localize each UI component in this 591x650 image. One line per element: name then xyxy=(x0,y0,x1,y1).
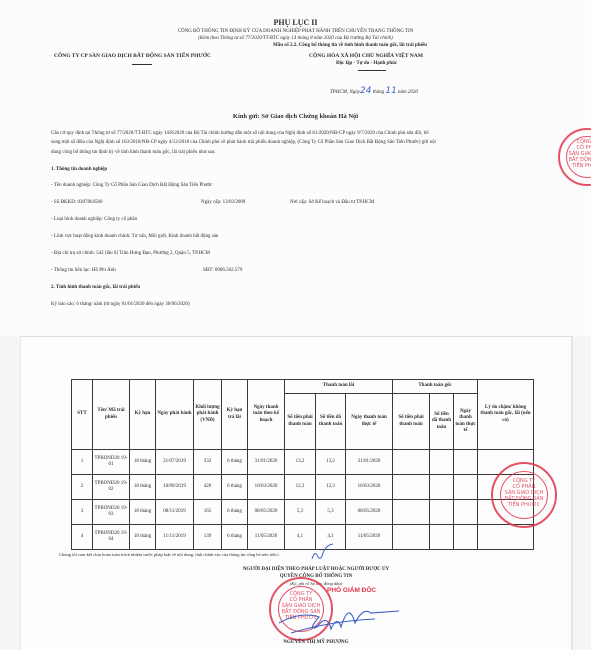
cell-principal-paid xyxy=(430,450,454,475)
table-row: 3TPBOND20 19-0318 tháng08/11/20191656 th… xyxy=(72,500,534,525)
company-type: - Loại hình doanh nghiệp: Công ty cổ phầ… xyxy=(51,217,137,222)
cell-issue-date: 11/11/2019 xyxy=(156,525,194,550)
header-reason: Lý do chậm/ không thanh toán gốc, lãi (n… xyxy=(478,380,534,450)
table-row: 1TPBOND20 19-0118 tháng21/07/20193326 th… xyxy=(72,450,534,475)
cell-planned-date: 08/05/2020 xyxy=(248,500,285,525)
cell-principal-paid xyxy=(430,500,454,525)
date-day: 24 xyxy=(360,86,371,96)
cell-term: 18 tháng xyxy=(130,500,156,525)
business-field: - Lĩnh vực hoạt động kinh doanh chính: T… xyxy=(51,234,218,239)
registration-issued-by: Nơi cấp: Sở Kế hoạch và Đầu tư TP.HCM xyxy=(290,200,374,205)
cell-principal-due xyxy=(393,500,430,525)
header-interest-group: Thanh toán lãi xyxy=(285,380,393,394)
cell-principal-actual-date xyxy=(454,500,478,525)
cell-principal-due xyxy=(393,525,430,550)
country-name: CỘNG HÒA XÃ HỘI CHỦ NGHĨA VIỆT NAM xyxy=(309,53,423,59)
document-page-2: STT Tên/ Mã trái phiếu Kỳ hạn Ngày phát … xyxy=(20,336,573,650)
cell-principal-actual-date xyxy=(454,475,478,500)
date-month: 11 xyxy=(385,86,396,96)
header-interest-paid: Số tiền đã thanh toán xyxy=(316,394,346,450)
signature xyxy=(271,593,401,637)
cell-volume: 165 xyxy=(194,500,222,525)
date-year: năm 2020 xyxy=(398,90,418,95)
company-stamp-partial: CÔNG TY CỔ PHẦN SÀN GIAO DỊCH BẤT ĐỘNG S… xyxy=(558,128,591,186)
document-page-1: PHỤ LỤC II CÔNG BỐ THÔNG TIN ĐỊNH KỲ CỦA… xyxy=(0,0,591,336)
intro-line-1: Căn cứ quy định tại Thông tư số 77/2020/… xyxy=(51,131,429,136)
cell-principal-actual-date xyxy=(454,525,478,550)
cell-bond-name: TPBOND20 19-01 xyxy=(93,450,130,475)
cell-interest-paid: 5,3 xyxy=(316,500,346,525)
appendix-title: PHỤ LỤC II xyxy=(0,18,591,27)
header-principal-group: Thanh toán gốc xyxy=(393,380,478,394)
cell-interest-term: 6 tháng xyxy=(222,450,248,475)
form-label: Mẫu số 2.2. Công bố thông tin về tình hì… xyxy=(273,43,427,48)
cell-interest-actual-date: 31/01/2020 xyxy=(346,450,393,475)
header-volume: Khối lượng phát hành (VNĐ) xyxy=(194,380,222,450)
table-row: 2TPBOND20 19-0218 tháng10/09/20194206 th… xyxy=(72,475,534,500)
header-principal-actual-date: Ngày thanh toán thực tế xyxy=(454,394,478,450)
intro-line-2: sung một số điều của Nghị định số 163/20… xyxy=(51,140,436,145)
header-issue-date: Ngày phát hành xyxy=(156,380,194,450)
registration-issue-date: Ngày cấp: 13/03/2009 xyxy=(201,200,245,205)
cell-interest-actual-date: 08/05/2020 xyxy=(346,500,393,525)
cell-interest-term: 6 tháng xyxy=(222,500,248,525)
company-full-name: - Tên doanh nghiệp: Công Ty Cổ Phần Sàn … xyxy=(51,183,212,188)
section-1-title: 1. Thông tin doanh nghiệp xyxy=(51,167,107,172)
header-interest-term: Kỳ hạn trả lãi xyxy=(222,380,248,450)
intro-line-3: dung công bố thông tin định kỳ về tình h… xyxy=(51,150,216,155)
header-interest-due: Số tiền phải thanh toán xyxy=(285,394,316,450)
report-period: Kỳ báo cáo: 6 tháng/ năm (từ ngày 01/01/… xyxy=(51,302,190,307)
initials-mark xyxy=(309,543,335,568)
signer-name: NGUYỄN THỊ MỸ PHƯƠNG xyxy=(181,640,451,645)
cell-principal-actual-date xyxy=(454,450,478,475)
motto-underline xyxy=(358,70,386,71)
cell-stt: 1 xyxy=(72,450,93,475)
company-underline xyxy=(132,64,152,65)
commitment-statement: Chúng tôi cam kết chịu hoàn toàn trách n… xyxy=(59,552,280,557)
cell-stt: 3 xyxy=(72,500,93,525)
business-registration-number: - Số ĐKKD: 0307864560 xyxy=(51,200,103,205)
bond-payment-table: STT Tên/ Mã trái phiếu Kỳ hạn Ngày phát … xyxy=(71,379,534,550)
cell-volume: 332 xyxy=(194,450,222,475)
cell-interest-due: 13,2 xyxy=(285,450,316,475)
cell-issue-date: 10/09/2019 xyxy=(156,475,194,500)
contact-phone: SĐT: 0906.502.579 xyxy=(203,268,242,273)
contact-person: - Thông tin liên lạc: Hồ Phi Ánh xyxy=(51,268,116,273)
cell-interest-term: 6 tháng xyxy=(222,525,248,550)
date-prefix: TPHCM, Ngày xyxy=(330,90,360,95)
cell-volume: 139 xyxy=(194,525,222,550)
cell-interest-actual-date: 10/03/2020 xyxy=(346,475,393,500)
cell-planned-date: 10/03/2020 xyxy=(248,475,285,500)
cell-volume: 420 xyxy=(194,475,222,500)
date-month-label: tháng xyxy=(373,90,384,95)
header-stt: STT xyxy=(72,380,93,450)
cell-issue-date: 08/11/2019 xyxy=(156,500,194,525)
table-row: 4TPBOND20 19-0418 tháng11/11/20191396 th… xyxy=(72,525,534,550)
signer-title-line-1: NGƯỜI ĐẠI DIỆN THEO PHÁP LUẬT HOẶC NGƯỜI… xyxy=(181,567,451,572)
cell-term: 18 tháng xyxy=(130,525,156,550)
addressee: Kính gửi: Sở Giao dịch Chứng khoán Hà Nộ… xyxy=(0,113,591,120)
header-principal-due: Số tiền phải thanh toán xyxy=(393,394,430,450)
cell-principal-due xyxy=(393,450,430,475)
cell-principal-paid xyxy=(430,475,454,500)
cell-bond-name: TPBOND20 19-03 xyxy=(93,500,130,525)
cell-interest-term: 6 tháng xyxy=(222,475,248,500)
cell-term: 18 tháng xyxy=(130,450,156,475)
company-name: CÔNG TY CP SÀN GIAO DỊCH BẤT ĐỘNG SẢN TI… xyxy=(54,53,211,59)
section-2-title: 2. Tình hình thanh toán gốc, lãi trái ph… xyxy=(51,285,140,290)
cell-reason xyxy=(478,525,534,550)
company-address: - Địa chỉ trụ sở chính: 542 (lầu 6) Trần… xyxy=(51,251,210,256)
header-planned-date: Ngày thanh toán theo kế hoạch xyxy=(248,380,285,450)
cell-interest-actual-date: 11/05/2020 xyxy=(346,525,393,550)
cell-principal-paid xyxy=(430,525,454,550)
signer-title-line-2: QUYỀN CÔNG BỐ THÔNG TIN xyxy=(181,574,451,579)
cell-stt: 2 xyxy=(72,475,93,500)
cell-interest-due: 5,3 xyxy=(285,500,316,525)
header-interest-actual-date: Ngày thanh toán thực tế xyxy=(346,394,393,450)
cell-planned-date: 11/05/2020 xyxy=(248,525,285,550)
cell-stt: 4 xyxy=(72,525,93,550)
cell-planned-date: 31/01/2020 xyxy=(248,450,285,475)
document-date: TPHCM, Ngày24 tháng 11 năm 2020 xyxy=(330,86,418,96)
cell-interest-paid: 13,2 xyxy=(316,450,346,475)
document-subtitle: CÔNG BỐ THÔNG TIN ĐỊNH KỲ CỦA DOANH NGHI… xyxy=(0,29,591,34)
cell-principal-due xyxy=(393,475,430,500)
cell-interest-due: 12,3 xyxy=(285,475,316,500)
cell-term: 18 tháng xyxy=(130,475,156,500)
header-bond-name: Tên/ Mã trái phiếu xyxy=(93,380,130,450)
cell-issue-date: 21/07/2019 xyxy=(156,450,194,475)
cell-interest-paid: 12,3 xyxy=(316,475,346,500)
header-term: Kỳ hạn xyxy=(130,380,156,450)
cell-bond-name: TPBOND20 19-04 xyxy=(93,525,130,550)
national-motto: Độc lập - Tự do - Hạnh phúc xyxy=(336,61,397,66)
cell-bond-name: TPBOND20 19-02 xyxy=(93,475,130,500)
header-principal-paid: Số tiền đã thanh toán xyxy=(430,394,454,450)
attachment-note: (Kèm theo Thông tư số 77/2020/TT-BTC ngà… xyxy=(0,36,591,41)
company-stamp-table: CÔNG TY CỔ PHẦN SÀN GIAO DỊCH BẤT ĐỘNG S… xyxy=(491,462,557,528)
